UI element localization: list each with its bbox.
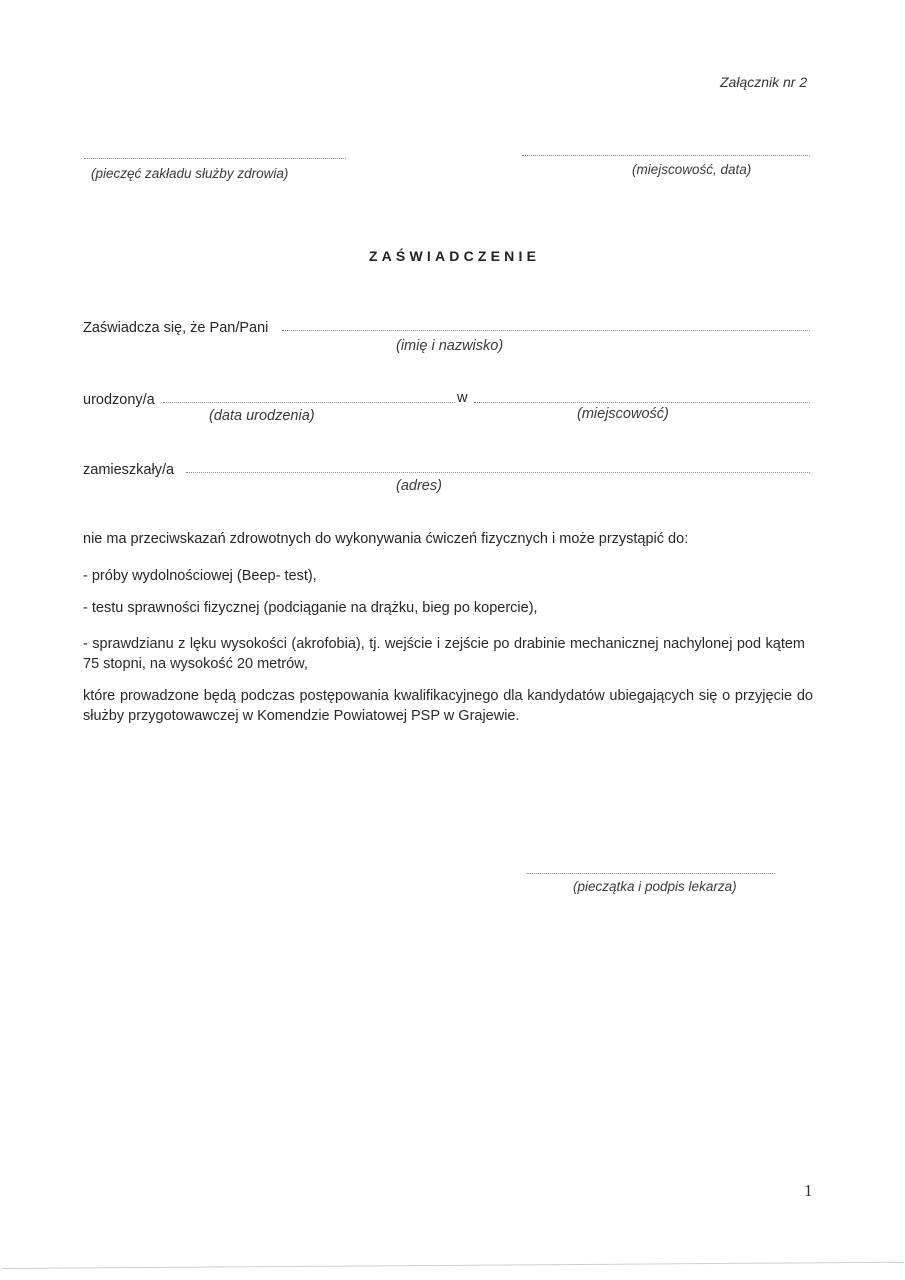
annex-label: Załącznik nr 2 [720,74,807,90]
signature-hint: (pieczątka i podpis lekarza) [573,879,737,894]
address-hint: (adres) [396,478,442,494]
address-label: zamieszkały/a [83,462,174,478]
name-input-line[interactable] [282,330,810,331]
address-input-line[interactable] [186,472,810,473]
document-title: ZAŚWIADCZENIE [0,248,905,264]
intro-text: nie ma przeciwskazań zdrowotnych do wyko… [83,531,688,547]
list-item: - sprawdzianu z lęku wysokości (akrofobi… [83,634,805,674]
name-hint: (imię i nazwisko) [396,338,503,354]
birth-place-input-line[interactable] [474,402,810,403]
stamp-hint: (pieczęć zakładu służby zdrowia) [91,166,288,181]
closing-text: które prowadzone będą podczas postępowan… [83,686,813,726]
list-item: - testu sprawności fizycznej (podciągani… [83,600,538,616]
birth-in-label: w [457,390,467,406]
birth-place-hint: (miejscowość) [577,406,669,422]
signature-line[interactable] [527,873,775,874]
scan-edge-divider [2,1262,904,1269]
stamp-line [84,158,346,159]
page-number: 1 [804,1181,813,1201]
birth-label: urodzony/a [83,392,155,408]
name-label: Zaświadcza się, że Pan/Pani [83,320,268,336]
birth-date-input-line[interactable] [163,402,455,403]
birth-date-hint: (data urodzenia) [209,408,315,424]
list-item: - próby wydolnościowej (Beep- test), [83,568,317,584]
place-date-hint: (miejscowość, data) [632,162,751,177]
place-date-line[interactable] [522,155,810,156]
